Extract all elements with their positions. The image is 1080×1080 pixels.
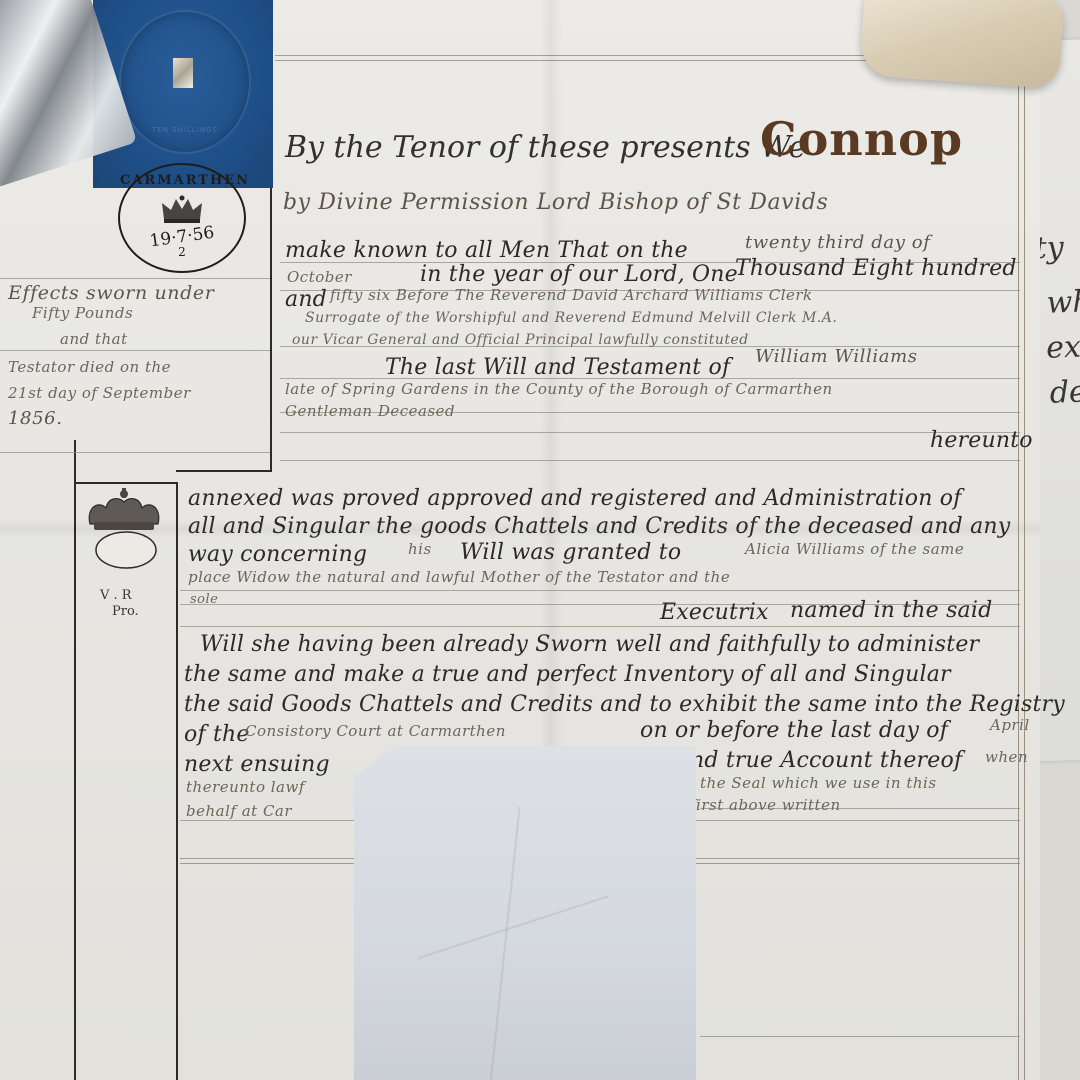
margin-note-line: and that	[60, 330, 128, 348]
printed-text: Will was granted to	[460, 540, 681, 565]
ruled-line	[0, 278, 270, 279]
printed-text: annexed was proved approved and register…	[188, 486, 962, 511]
handwritten-entry: our Vicar General and Official Principal…	[292, 332, 749, 348]
photo-stage: ty wh exp de	[0, 0, 1080, 1080]
royal-cipher: V . R	[100, 588, 132, 603]
handwritten-entry: late of Spring Gardens in the County of …	[285, 380, 833, 398]
permission-line: by Divine Permission Lord Bishop of St D…	[283, 190, 828, 215]
printed-text: Will she having been already Sworn well …	[200, 632, 979, 657]
paper-crease	[419, 895, 610, 959]
handwritten-entry: October	[287, 268, 352, 286]
postmark-number: 2	[120, 245, 244, 259]
printed-text: make known to all Men That on the	[285, 238, 688, 263]
frame-line	[74, 440, 76, 1080]
frame-line	[74, 482, 178, 484]
ruled-line	[0, 452, 270, 453]
printed-text: on or before the last day of	[640, 718, 948, 743]
paper-slip-overlay	[354, 746, 696, 1080]
ruled-line	[180, 590, 1020, 591]
handwritten-entry: Surrogate of the Worshipful and Reverend…	[305, 310, 837, 326]
postmark-town: CARMARTHEN	[120, 173, 244, 188]
printed-text: Thousand Eight hundred	[735, 256, 1017, 281]
handwritten-entry: twenty third day of	[745, 232, 931, 253]
postmark: CARMARTHEN 19·7·56 2	[118, 163, 246, 273]
ruled-line	[700, 1036, 1020, 1037]
printed-text: hereunto	[930, 428, 1033, 453]
handwritten-entry: thereunto lawf	[186, 778, 305, 796]
printed-text: The last Will and Testament of	[385, 355, 730, 380]
handwritten-entry: place Widow the natural and lawful Mothe…	[188, 568, 730, 586]
handwritten-entry: behalf at Car	[186, 802, 292, 820]
printed-text: all and Singular the goods Chattels and …	[188, 514, 1010, 539]
printed-text: the said Goods Chattels and Credits and …	[184, 692, 1065, 717]
duty-stamp-text: TEN SHILLINGS	[121, 126, 249, 134]
paper-crease	[489, 807, 520, 1080]
handwritten-entry: April	[990, 716, 1030, 734]
handwritten-entry: fifty six Before The Reverend David Arch…	[330, 286, 813, 304]
printed-text: in the year of our Lord, One	[420, 262, 738, 287]
ruled-line	[280, 432, 1020, 433]
margin-note-line: 1856.	[8, 408, 63, 429]
ruled-line	[0, 350, 270, 351]
ruled-line	[280, 460, 1020, 461]
handwritten-entry: sole	[190, 592, 218, 607]
handwritten-entry: the Seal which we use in this	[700, 774, 937, 792]
underlying-text: de	[1049, 374, 1080, 410]
executrix-name: Alicia Williams of the same	[745, 540, 964, 558]
frame-line	[1024, 80, 1025, 1080]
crown-icon	[160, 195, 204, 225]
printed-text: nd true Account thereof	[690, 748, 962, 773]
handwritten-entry: his	[408, 540, 432, 558]
printed-text: and	[285, 287, 327, 312]
printed-text: next ensuing	[184, 752, 330, 777]
opening-phrase: By the Tenor of these presents We	[285, 130, 806, 165]
printed-text: way concerning	[188, 542, 367, 567]
handwritten-entry: Consistory Court at Carmarthen	[245, 722, 506, 740]
wax-seal	[859, 0, 1065, 89]
handwritten-entry: Gentleman Deceased	[285, 402, 455, 420]
frame-line	[176, 482, 178, 1080]
printed-text: the same and make a true and perfect Inv…	[184, 662, 951, 687]
margin-note-line: Fifty Pounds	[32, 304, 133, 322]
printed-text: of the	[184, 722, 250, 747]
underlying-text: exp	[1046, 329, 1080, 366]
seal-label: Pro.	[112, 604, 139, 619]
ruled-line	[180, 626, 1020, 627]
handwritten-entry: first above written	[690, 796, 841, 814]
foil-tab-icon	[173, 58, 193, 88]
margin-note-line: Testator died on the	[8, 358, 171, 376]
probate-document: By the Tenor of these presents We Connop…	[0, 0, 1040, 1080]
margin-note-line: Effects sworn under	[8, 282, 214, 304]
testator-name: William Williams	[755, 346, 918, 367]
margin-note-line: 21st day of September	[8, 384, 191, 402]
frame-line	[176, 470, 272, 472]
crown-icon	[84, 486, 164, 582]
handwritten-entry: Executrix	[660, 600, 769, 625]
royal-crown-seal: V . R Pro.	[84, 486, 164, 582]
handwritten-entry: when	[985, 748, 1028, 766]
issuer-name: Connop	[760, 112, 963, 166]
frame-line	[1018, 80, 1019, 1080]
underlying-text: wh	[1046, 284, 1080, 321]
printed-text: named in the said	[790, 598, 992, 623]
